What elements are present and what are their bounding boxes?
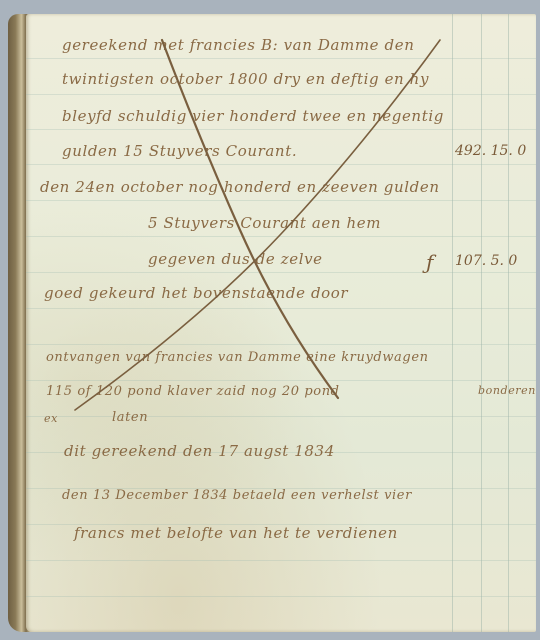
ruled-line: [26, 236, 536, 237]
ruled-line: [26, 416, 536, 417]
entry-1-line-2: twintigsten october 1800 dry en deftig e…: [62, 70, 429, 88]
florin-symbol: ƒ: [426, 250, 433, 274]
ruled-line: [26, 272, 536, 273]
entry-2-line-2: 5 Stuyvers Courant aen hem: [148, 214, 381, 232]
entry-1-line-1: gereekend met francies B: van Damme den: [62, 36, 414, 54]
ruled-line: [26, 560, 536, 561]
ruled-line: [26, 380, 536, 381]
entry-5-line-2: francs met belofte van het te verdienen: [74, 524, 398, 542]
entry-4-line-4: dit gereekend den 17 augst 1834: [64, 442, 335, 460]
ruled-line: [26, 308, 536, 309]
ruled-column-line: [508, 14, 509, 632]
entry-2-line-1: den 24en october nog honderd en zeeven g…: [40, 178, 440, 196]
ruled-column-line: [452, 14, 453, 632]
margin-note-ex: ex: [44, 412, 58, 425]
entry-4-line-2: 115 of 120 pond klaver zaid nog 20 pond: [46, 384, 340, 399]
ruled-line: [26, 596, 536, 597]
entry-3-line-1: goed gekeurd het bovenstaende door: [44, 284, 348, 302]
ruled-column-line: [481, 14, 482, 632]
entry-2-amount: 107. 5. 0: [455, 253, 517, 269]
ruled-line: [26, 344, 536, 345]
margin-note-bonderen: bonderen: [478, 384, 536, 397]
entry-4-line-3: laten: [112, 410, 148, 425]
ruled-line: [26, 164, 536, 165]
entry-1-amount: 492. 15. 0: [455, 143, 526, 159]
ruled-line: [26, 129, 536, 130]
entry-1-line-4: gulden 15 Stuyvers Courant.: [62, 142, 297, 160]
entry-5-line-1: den 13 December 1834 betaeld een verhels…: [62, 488, 412, 503]
entry-2-line-3: gegeven dus de zelve: [148, 250, 323, 268]
ruled-line: [26, 58, 536, 59]
entry-1-line-3: bleyfd schuldig vier honderd twee en neg…: [62, 107, 444, 125]
ruled-line: [26, 94, 536, 95]
ruled-line: [26, 200, 536, 201]
entry-4-line-1: ontvangen van francies van Damme eine kr…: [46, 350, 429, 365]
